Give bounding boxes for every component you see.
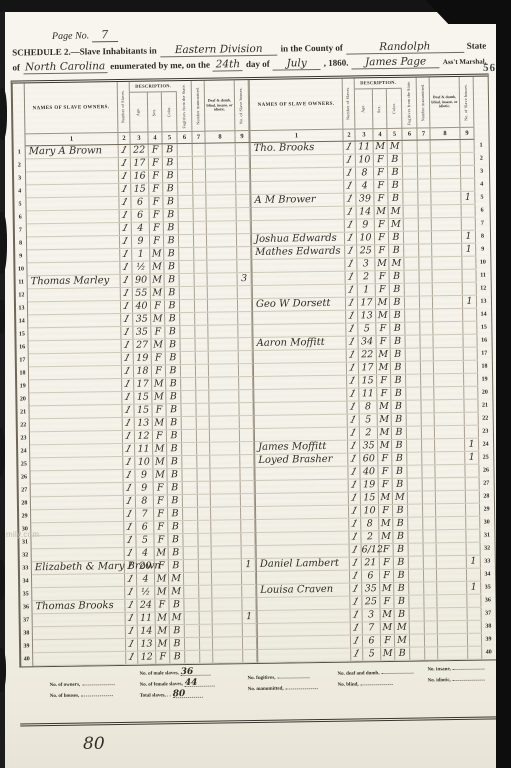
owner-name xyxy=(31,483,124,496)
age: 60 xyxy=(360,453,378,465)
owner-name xyxy=(256,532,349,545)
fugitive xyxy=(406,388,421,400)
scan-edge-right xyxy=(496,0,511,768)
slave-houses xyxy=(241,533,255,545)
color: B xyxy=(170,638,185,650)
color: B xyxy=(388,180,403,192)
deaf-dumb-label: No. deaf and dumb, xyxy=(337,671,379,677)
fugitives-header-label: Fugitives from the State. xyxy=(406,80,411,125)
age: 35 xyxy=(360,440,378,452)
manumitted xyxy=(419,218,432,230)
marshal-name: James Page xyxy=(365,55,426,68)
manumitted xyxy=(419,231,432,243)
line-number: 39 xyxy=(482,633,495,646)
owner-name xyxy=(258,649,351,662)
owner-name xyxy=(33,652,126,665)
line-number: 34 xyxy=(20,575,31,588)
slave-count: 1 xyxy=(119,197,131,209)
owner-name xyxy=(29,405,122,418)
line-number: 2 xyxy=(14,159,25,172)
fugitive xyxy=(181,352,196,364)
fugitive xyxy=(184,560,199,572)
age: 6 xyxy=(363,635,381,647)
col-fugitives-header: Fugitives from the State. 6 xyxy=(402,78,418,140)
sex: M xyxy=(155,547,169,559)
age: 15 xyxy=(361,492,379,504)
fugitive xyxy=(407,440,422,452)
owner-name xyxy=(30,444,123,457)
female-slaves-label: No. of female slaves, xyxy=(140,682,183,688)
footer-insane-block: No. insane, No. idiotic, xyxy=(427,663,485,686)
age: 3 xyxy=(357,258,375,270)
manumitted xyxy=(424,543,437,555)
age: 25 xyxy=(357,245,375,257)
slave-count: 1 xyxy=(119,184,131,196)
age: 9 xyxy=(132,236,150,248)
insane-blank xyxy=(453,663,485,670)
slave-houses xyxy=(466,530,480,542)
fugitive xyxy=(178,183,193,195)
sex: F xyxy=(376,323,390,335)
slave-houses: 1 xyxy=(462,244,476,256)
fugitives-header-label: Fugitives from the State. xyxy=(182,84,187,129)
manumitted xyxy=(194,235,207,247)
color: B xyxy=(390,284,405,296)
slave-houses xyxy=(461,166,475,178)
color-header-label: Color. xyxy=(167,106,172,117)
owner-name xyxy=(26,184,119,197)
color: B xyxy=(165,300,180,312)
slave-count: 1 xyxy=(124,535,136,547)
col-number-3: 3 xyxy=(130,132,147,144)
color: B xyxy=(168,495,183,507)
age: 55 xyxy=(133,288,151,300)
fugitive xyxy=(179,248,194,260)
owner-name xyxy=(253,285,346,298)
slave-count: 1 xyxy=(347,349,359,361)
owner-name xyxy=(254,389,347,402)
slave-houses xyxy=(239,377,253,389)
owners-label: No. of owners, xyxy=(50,683,81,688)
deaf-blind xyxy=(431,192,461,204)
owner-name xyxy=(253,324,346,337)
slave-count: 1 xyxy=(348,427,360,439)
deaf-blind xyxy=(208,312,238,324)
age: 18 xyxy=(134,366,152,378)
sex: F xyxy=(150,222,164,234)
fugitive xyxy=(405,271,420,283)
age: 9 xyxy=(357,219,375,231)
sex: M xyxy=(378,414,392,426)
slave-houses xyxy=(462,257,476,269)
fugitive xyxy=(185,612,200,624)
deaf-blind xyxy=(210,416,240,428)
age: 4 xyxy=(137,547,155,559)
male-slaves-value: 36 xyxy=(181,669,211,676)
age: 22 xyxy=(359,349,377,361)
slave-houses xyxy=(466,478,480,490)
col-houses-header: No. of Slave houses. 9 xyxy=(460,77,475,139)
slave-houses xyxy=(237,208,251,220)
owner-name xyxy=(252,259,345,272)
manumitted xyxy=(420,283,433,295)
line-number: 31 xyxy=(480,529,493,542)
slave-count: 1 xyxy=(124,522,136,534)
slave-count: 1 xyxy=(344,141,356,153)
owner-name xyxy=(28,314,121,327)
manumitted xyxy=(197,469,210,481)
blind-blank xyxy=(361,678,393,685)
slave-houses xyxy=(239,403,253,415)
slaves-header-label: Number of Slaves. xyxy=(346,87,351,120)
fugitive xyxy=(409,582,424,594)
color: B xyxy=(163,196,178,208)
deaf-blind xyxy=(208,325,238,337)
page-no-value: 7 xyxy=(92,28,118,42)
line-number: 17 xyxy=(17,354,28,367)
sex: F xyxy=(378,466,392,478)
col-number-6: 6 xyxy=(402,128,416,140)
manumitted xyxy=(420,309,433,321)
owner-name xyxy=(29,340,122,353)
slave-count: 1 xyxy=(347,401,359,413)
line-number: 20 xyxy=(17,393,28,406)
color: B xyxy=(391,388,406,400)
owner-name xyxy=(27,236,120,249)
sex: F xyxy=(376,284,390,296)
sex: F xyxy=(153,430,167,442)
manumitted xyxy=(422,452,435,464)
deaf-blind xyxy=(432,244,462,256)
slave-count: 1 xyxy=(121,301,133,313)
col-number-9: 9 xyxy=(460,127,473,139)
owner-name xyxy=(28,301,121,314)
slave-houses xyxy=(239,351,253,363)
deaf-blind xyxy=(213,611,243,623)
slave-houses xyxy=(461,179,475,191)
sex: M xyxy=(153,443,167,455)
slave-count: 1 xyxy=(345,232,357,244)
age: ½ xyxy=(137,586,155,598)
color: B xyxy=(394,583,409,595)
fugitive xyxy=(182,430,197,442)
slave-count: 1 xyxy=(122,340,134,352)
col-sex-header: Sex. 4 xyxy=(148,92,163,143)
deaf-blind xyxy=(437,556,467,568)
manumitted xyxy=(423,530,436,542)
color: B xyxy=(165,313,180,325)
line-number: 21 xyxy=(478,399,491,412)
slave-houses xyxy=(238,312,252,324)
description-label: DESCRIPTION. xyxy=(355,78,402,90)
manumitted xyxy=(197,443,210,455)
color: B xyxy=(166,352,181,364)
data-rows-right: Tho. Brooks111MM110FB18FB14FBA M Brower1… xyxy=(251,140,483,663)
fugitive xyxy=(407,427,422,439)
sex: M xyxy=(381,622,395,634)
fugitives-blank xyxy=(277,671,309,678)
age: 35 xyxy=(133,314,151,326)
line-number: 19 xyxy=(478,373,491,386)
deaf-blind xyxy=(207,221,237,233)
fugitive xyxy=(404,219,419,231)
deaf-blind xyxy=(436,478,466,490)
sex: M xyxy=(151,287,165,299)
slave-count: 1 xyxy=(120,223,132,235)
sex: M xyxy=(152,378,166,390)
line-number: 8 xyxy=(15,237,26,250)
day-slot: 24th xyxy=(213,58,243,71)
slave-count: 1 xyxy=(347,362,359,374)
watermark-fragment: mily.com xyxy=(6,530,39,539)
insane-label: No. insane, xyxy=(427,667,451,672)
manumitted xyxy=(422,413,435,425)
deaf-blind xyxy=(437,543,467,555)
col-age-header: Age. 3 xyxy=(355,89,374,140)
age: 17 xyxy=(131,158,149,170)
age: 15 xyxy=(134,392,152,404)
fugitive xyxy=(183,495,198,507)
age: 4 xyxy=(132,223,150,235)
manumitted xyxy=(196,365,209,377)
deaf-blind xyxy=(431,140,461,152)
manumitted xyxy=(425,634,438,646)
manumitted xyxy=(193,170,206,182)
line-number: 7 xyxy=(476,217,489,230)
color: B xyxy=(394,596,409,608)
owner-name: Elizabeth & Mary Brown xyxy=(32,561,125,574)
male-slaves-label: No. of male slaves, xyxy=(139,671,178,677)
age: 1 xyxy=(132,249,150,261)
manumitted xyxy=(421,361,434,373)
line-number: 34 xyxy=(481,568,494,581)
age: 6 xyxy=(136,521,154,533)
scan-artifact xyxy=(0,88,7,140)
color: B xyxy=(391,401,406,413)
sex: M xyxy=(377,349,391,361)
color: B xyxy=(394,557,409,569)
fugitive xyxy=(179,222,194,234)
slave-count: 1 xyxy=(123,444,135,456)
slave-houses xyxy=(238,286,252,298)
fugitive xyxy=(178,170,193,182)
slave-count: 1 xyxy=(125,600,137,612)
deaf-blind xyxy=(437,595,467,607)
sex: F xyxy=(377,388,391,400)
slave-count: 1 xyxy=(123,418,135,430)
deaf-blind xyxy=(208,299,238,311)
slave-count: 1 xyxy=(344,167,356,179)
deaf-blind xyxy=(438,647,468,659)
owner-name xyxy=(253,311,346,324)
color: B xyxy=(390,310,405,322)
slave-houses xyxy=(466,517,480,529)
deaf-blind xyxy=(433,296,463,308)
fugitive xyxy=(409,569,424,581)
manumitted xyxy=(423,478,436,490)
sex: M xyxy=(150,248,164,260)
deaf-blind xyxy=(209,403,239,415)
manumitted xyxy=(195,326,208,338)
sex: F xyxy=(149,183,163,195)
color: B xyxy=(166,339,181,351)
sex: F xyxy=(149,157,163,169)
fugitive xyxy=(185,638,200,650)
manumitted xyxy=(423,491,436,503)
sex: M xyxy=(155,573,169,585)
line-number: 4 xyxy=(475,178,488,191)
slave-houses xyxy=(239,390,253,402)
owner-name: Thomas Brooks xyxy=(32,600,125,613)
color: B xyxy=(388,193,403,205)
slave-houses xyxy=(241,520,255,532)
sex: M xyxy=(379,531,393,543)
fugitive xyxy=(403,193,418,205)
age: 10 xyxy=(357,232,375,244)
manumitted xyxy=(200,612,213,624)
manumitted xyxy=(194,248,207,260)
fugitive xyxy=(408,530,423,542)
manumitted xyxy=(196,404,209,416)
line-number: 18 xyxy=(478,360,491,373)
fugitive xyxy=(407,466,422,478)
color: M xyxy=(395,635,410,647)
sex: M xyxy=(376,310,390,322)
sex: M xyxy=(379,492,393,504)
deaf-blind xyxy=(433,283,463,295)
slave-count: 1 xyxy=(350,570,362,582)
line-number: 21 xyxy=(17,406,28,419)
sex: F xyxy=(379,505,393,517)
age: 19 xyxy=(134,353,152,365)
manumitted xyxy=(193,183,206,195)
slave-count: 1 xyxy=(349,505,361,517)
color: B xyxy=(388,167,403,179)
age: 7 xyxy=(363,622,381,634)
owner-name: Mary A Brown xyxy=(26,145,119,158)
deaf-blind xyxy=(210,442,240,454)
fugitive xyxy=(179,209,194,221)
manumitted xyxy=(200,651,213,663)
deaf-blind xyxy=(435,413,465,425)
line-number: 22 xyxy=(18,419,29,432)
color: B xyxy=(395,648,410,660)
age: 17 xyxy=(358,297,376,309)
deaf-blind xyxy=(211,520,241,532)
slave-count: 1 xyxy=(350,583,362,595)
slave-houses xyxy=(466,504,480,516)
slave-houses xyxy=(462,218,476,230)
line-number: 6 xyxy=(15,211,26,224)
line-number: 35 xyxy=(20,588,31,601)
color: B xyxy=(391,349,406,361)
description-group: DESCRIPTION. Age. 3 Sex. 4 xyxy=(355,78,403,141)
age: 8 xyxy=(356,167,374,179)
deaf-blind xyxy=(437,582,467,594)
line-number: 12 xyxy=(16,289,27,302)
owner-name xyxy=(29,366,122,379)
line-number: 28 xyxy=(480,490,493,503)
handwritten-total-note: 80 xyxy=(83,734,105,754)
slave-houses xyxy=(467,569,481,581)
fugitive xyxy=(403,154,418,166)
manumitted xyxy=(198,508,211,520)
slave-count: 1 xyxy=(125,548,137,560)
sex: F xyxy=(379,479,393,491)
fugitive xyxy=(180,300,195,312)
col-age-header: Age. 3 xyxy=(130,93,149,144)
slave-count: 1 xyxy=(344,193,356,205)
fugitive xyxy=(181,339,196,351)
deaf-blind xyxy=(434,400,464,412)
color: B xyxy=(390,323,405,335)
fugitive xyxy=(181,404,196,416)
owner-name xyxy=(30,457,123,470)
slave-houses xyxy=(467,595,481,607)
fugitive xyxy=(182,443,197,455)
slave-count: 1 xyxy=(347,375,359,387)
sex: M xyxy=(381,609,395,621)
slave-count: 1 xyxy=(350,596,362,608)
footer-counts-block: No. of male slaves,36 No. of female slav… xyxy=(139,669,215,703)
age: 25 xyxy=(362,596,380,608)
owner-name xyxy=(28,288,121,301)
age-header-label: Age. xyxy=(136,108,141,117)
line-number: 4 xyxy=(14,185,25,198)
manumitted xyxy=(418,153,431,165)
slave-houses xyxy=(238,325,252,337)
slave-houses xyxy=(463,309,477,321)
fugitive xyxy=(180,326,195,338)
owner-name: Aaron Moffitt xyxy=(253,337,346,350)
fugitive xyxy=(181,391,196,403)
col-number-4: 4 xyxy=(373,128,386,140)
color: B xyxy=(389,232,404,244)
color: B xyxy=(169,560,184,572)
slave-count: 1 xyxy=(121,327,133,339)
sex: F xyxy=(375,232,389,244)
manumitted xyxy=(420,322,433,334)
age: 8 xyxy=(361,518,379,530)
line-number: 13 xyxy=(16,302,27,315)
slave-count: 1 xyxy=(345,219,357,231)
manumitted xyxy=(198,534,211,546)
sex: M xyxy=(151,274,165,286)
slave-houses xyxy=(465,465,479,477)
col-deaf-header: Deaf & dumb, blind, insane, or idiotic. … xyxy=(430,77,461,139)
color: B xyxy=(395,609,410,621)
sex: M xyxy=(379,518,393,530)
slave-houses xyxy=(241,481,255,493)
deaf-blind xyxy=(434,387,464,399)
col-names-header: NAMES OF SLAVE OWNERS. 1 xyxy=(250,79,344,142)
slave-houses xyxy=(466,491,480,503)
fugitive xyxy=(183,508,198,520)
manumitted xyxy=(199,573,212,585)
manumitted xyxy=(193,157,206,169)
owner-name xyxy=(30,418,123,431)
description-group: DESCRIPTION. Age. 3 Sex. 4 xyxy=(130,81,178,144)
manumitted xyxy=(199,599,212,611)
fugitive xyxy=(179,261,194,273)
fugitive xyxy=(404,258,419,270)
slave-count: 1 xyxy=(126,613,138,625)
sex: M xyxy=(377,401,391,413)
slave-houses xyxy=(242,572,256,584)
owner-name xyxy=(258,623,351,636)
state-word: State xyxy=(467,41,487,51)
manumitted xyxy=(195,274,208,286)
